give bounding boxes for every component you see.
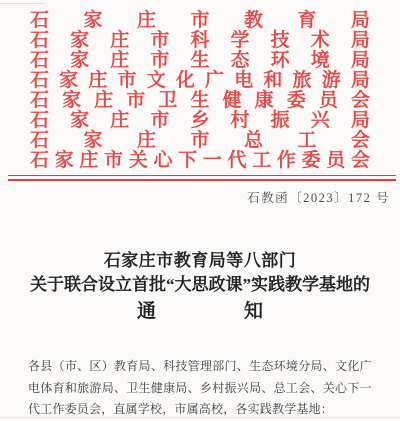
body-line: 电体育和旅游局、卫生健康局、乡村振兴局、总工会、关心下一 (28, 378, 372, 400)
notice-body: 各县（市、区）教育局、科技管理部门、生态环境分局、文化广 电体育和旅游局、卫生健… (28, 356, 372, 421)
document-page: 石家庄市教育局 石家庄市科学技术局 石家庄市生态环境局 石家庄市文化广电和旅游局… (0, 0, 400, 421)
letterhead-departments: 石家庄市教育局 石家庄市科学技术局 石家庄市生态环境局 石家庄市文化广电和旅游局… (30, 8, 370, 168)
document-number: 石教函〔2023〕172 号 (247, 191, 390, 206)
body-line: 各县（市、区）教育局、科技管理部门、生态环境分局、文化广 (28, 356, 372, 378)
red-divider-rule (8, 175, 396, 181)
scan-artifact-bottom (0, 417, 400, 418)
notice-char-left: 通 (137, 298, 156, 326)
title-issuing-departments: 石家庄市教育局等八部门 (0, 249, 400, 272)
notice-char-right: 知 (244, 298, 263, 326)
title-subject: 关于联合设立首批“大思政课”实践教学基地的 (0, 272, 400, 298)
title-notice-word: 通 知 (0, 298, 400, 326)
letterhead-department-line: 石家庄市生态环境局 (30, 48, 370, 68)
notice-title: 石家庄市教育局等八部门 关于联合设立首批“大思政课”实践教学基地的 通 知 (0, 249, 400, 326)
